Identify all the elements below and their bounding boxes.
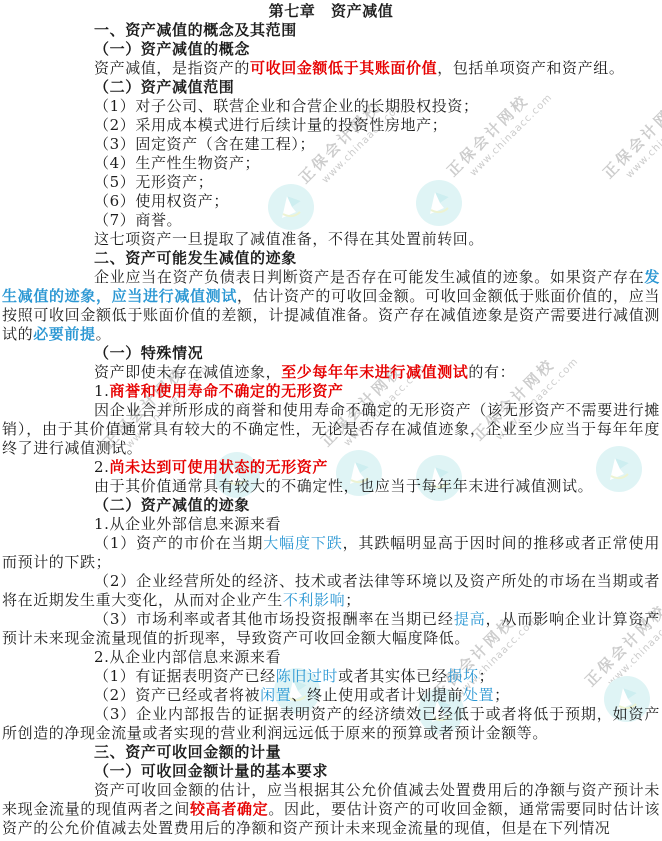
body-text: ，包括单项资产和资产组。 bbox=[437, 59, 624, 77]
body-text: 二、资产可能发生减值的迹象 bbox=[94, 249, 297, 267]
list-item-3: （3）固定资产（含在建工程）； bbox=[2, 135, 660, 154]
body-text: （5）无形资产； bbox=[94, 173, 213, 191]
list-item-6: （6）使用权资产； bbox=[2, 192, 660, 211]
highlighted-text: 处置 bbox=[463, 686, 494, 704]
highlighted-text: 陈旧过时 bbox=[276, 667, 338, 685]
highlighted-text: 商誉和使用寿命不确定的无形资产 bbox=[110, 382, 344, 400]
body-text: （6）使用权资产； bbox=[94, 192, 229, 210]
para-special-case-intro: 资产即使未存在减值迹象，至少每年年末进行减值测试的有： bbox=[2, 363, 660, 382]
highlighted-text: 大幅度下跌 bbox=[263, 534, 342, 552]
body-text: （3）企业内部报告的证据表明资产的经济绩效已经低于或者将低于预期，如资产所创造的… bbox=[2, 705, 660, 742]
highlighted-text: 提高 bbox=[454, 610, 486, 628]
heading-3-1: （一）可收回金额计量的基本要求 bbox=[2, 762, 660, 781]
list-item-4: （4）生产性生物资产； bbox=[2, 154, 660, 173]
heading-1-1: （一）资产减值的概念 bbox=[2, 40, 660, 59]
body-text: （一）可收回金额计量的基本要求 bbox=[94, 762, 328, 780]
item-goodwill-title: 1.商誉和使用寿命不确定的无形资产 bbox=[2, 382, 660, 401]
body-text: 这七项资产一旦提取了减值准备，不得在其处置前转回。 bbox=[94, 230, 484, 248]
body-text: （1）对子公司、联营企业和合营企业的长期股权投资； bbox=[94, 97, 479, 115]
body-text: 资产即使未存在减值迹象， bbox=[94, 363, 281, 381]
list-item-7: （7）商誉。 bbox=[2, 211, 660, 230]
document-page: 第七章 资产减值 一、资产减值的概念及其范围（一）资产减值的概念资产减值，是指资… bbox=[0, 0, 662, 838]
body-text: ； bbox=[494, 686, 510, 704]
highlighted-text: 较高者确定 bbox=[190, 800, 268, 818]
body-text: 或者其实体已经 bbox=[338, 667, 447, 685]
para-no-reversal: 这七项资产一旦提取了减值准备，不得在其处置前转回。 bbox=[2, 230, 660, 249]
body-text: 。 bbox=[96, 325, 112, 343]
para-goodwill-detail: 因企业合并所形成的商誉和使用寿命不确定的无形资产（该无形资产不需要进行摊销），由… bbox=[2, 401, 660, 458]
list-item-5: （5）无形资产； bbox=[2, 173, 660, 192]
body-text: 1. bbox=[94, 382, 110, 400]
heading-section-3: 三、资产可收回金额的计量 bbox=[2, 743, 660, 762]
para-internal-3: （3）企业内部报告的证据表明资产的经济绩效已经低于或者将低于预期，如资产所创造的… bbox=[2, 705, 660, 743]
para-external-3: （3）市场利率或者其他市场投资报酬率在当期已经提高，从而影响企业计算资产预计未来… bbox=[2, 610, 660, 648]
body-text: 2.从企业内部信息来源来看 bbox=[94, 648, 281, 666]
body-text: 1.从企业外部信息来源来看 bbox=[94, 515, 281, 533]
body-text: （2）资产已经或者将被 bbox=[94, 686, 260, 704]
highlighted-text: 尚未达到可使用状态的无形资产 bbox=[110, 458, 328, 476]
chapter-title: 第七章 资产减值 bbox=[2, 2, 660, 21]
body-text: （3）固定资产（含在建工程）； bbox=[94, 135, 315, 153]
body-text: （二）资产减值范围 bbox=[94, 78, 234, 96]
para-external-1: （1）资产的市价在当期大幅度下跌，其跌幅明显高于因时间的推移或者正常使用而预计的… bbox=[2, 534, 660, 572]
body-text: （1）资产的市价在当期 bbox=[94, 534, 263, 552]
body-text: （4）生产性生物资产； bbox=[94, 154, 260, 172]
highlighted-text: 可收回金额低于其账面价值 bbox=[250, 59, 437, 77]
para-internal-info: 2.从企业内部信息来源来看 bbox=[2, 648, 660, 667]
para-recoverable-amount: 资产可收回金额的估计，应当根据其公允价值减去处置费用后的净额与资产预计未来现金流… bbox=[2, 781, 660, 838]
body-text: 由于其价值通常具有较大的不确定性，也应当于每年年末进行减值测试。 bbox=[94, 477, 593, 495]
body-text: （一）特殊情况 bbox=[94, 344, 203, 362]
body-text: 的有： bbox=[468, 363, 515, 381]
highlighted-text: 损坏 bbox=[447, 667, 478, 685]
heading-2-2: （二）资产减值的迹象 bbox=[2, 496, 660, 515]
list-item-1: （1）对子公司、联营企业和合营企业的长期股权投资； bbox=[2, 97, 660, 116]
heading-2-1: （一）特殊情况 bbox=[2, 344, 660, 363]
body-text: （1）有证据表明资产已经 bbox=[94, 667, 276, 685]
body-text: 三、资产可收回金额的计量 bbox=[94, 743, 281, 761]
body-text: 因企业合并所形成的商誉和使用寿命不确定的无形资产（该无形资产不需要进行摊销），由… bbox=[2, 401, 660, 457]
para-unready-intangible-detail: 由于其价值通常具有较大的不确定性，也应当于每年年末进行减值测试。 bbox=[2, 477, 660, 496]
highlighted-text: 必要前提 bbox=[33, 325, 95, 343]
highlighted-text: 闲置 bbox=[260, 686, 291, 704]
body-text: （二）资产减值的迹象 bbox=[94, 496, 250, 514]
para-external-info: 1.从企业外部信息来源来看 bbox=[2, 515, 660, 534]
highlighted-text: 至少每年年末进行减值测试 bbox=[281, 363, 468, 381]
para-impairment-indication: 企业应当在资产负债表日判断资产是否存在可能发生减值的迹象。如果资产存在发生减值的… bbox=[2, 268, 660, 344]
body-text: （3）市场利率或者其他市场投资报酬率在当期已经 bbox=[94, 610, 454, 628]
body-text: 2. bbox=[94, 458, 110, 476]
heading-1-2: （二）资产减值范围 bbox=[2, 78, 660, 97]
para-external-2: （2）企业经营所处的经济、技术或者法律等环境以及资产所处的市场在当期或者将在近期… bbox=[2, 572, 660, 610]
list-item-2: （2）采用成本模式进行后续计量的投资性房地产； bbox=[2, 116, 660, 135]
body-text: 、终止使用或者计划提前 bbox=[291, 686, 463, 704]
heading-section-1: 一、资产减值的概念及其范围 bbox=[2, 21, 660, 40]
para-internal-2: （2）资产已经或者将被闲置、终止使用或者计划提前处置； bbox=[2, 686, 660, 705]
para-internal-1: （1）有证据表明资产已经陈旧过时或者其实体已经损坏； bbox=[2, 667, 660, 686]
body-text: ； bbox=[345, 591, 361, 609]
body-text: 企业应当在资产负债表日判断资产是否存在可能发生减值的迹象。如果资产存在 bbox=[94, 268, 644, 286]
para-impairment-definition: 资产减值，是指资产的可收回金额低于其账面价值，包括单项资产和资产组。 bbox=[2, 59, 660, 78]
body-text: 资产减值，是指资产的 bbox=[94, 59, 250, 77]
body-text: ； bbox=[479, 667, 495, 685]
highlighted-text: 不利影响 bbox=[283, 591, 345, 609]
body-text: （7）商誉。 bbox=[94, 211, 182, 229]
body-text: （一）资产减值的概念 bbox=[94, 40, 250, 58]
body-text: （2）采用成本模式进行后续计量的投资性房地产； bbox=[94, 116, 447, 134]
body-text: 一、资产减值的概念及其范围 bbox=[94, 21, 297, 39]
item-unready-intangible-title: 2.尚未达到可使用状态的无形资产 bbox=[2, 458, 660, 477]
heading-section-2: 二、资产可能发生减值的迹象 bbox=[2, 249, 660, 268]
document-body: 一、资产减值的概念及其范围（一）资产减值的概念资产减值，是指资产的可收回金额低于… bbox=[2, 21, 660, 838]
